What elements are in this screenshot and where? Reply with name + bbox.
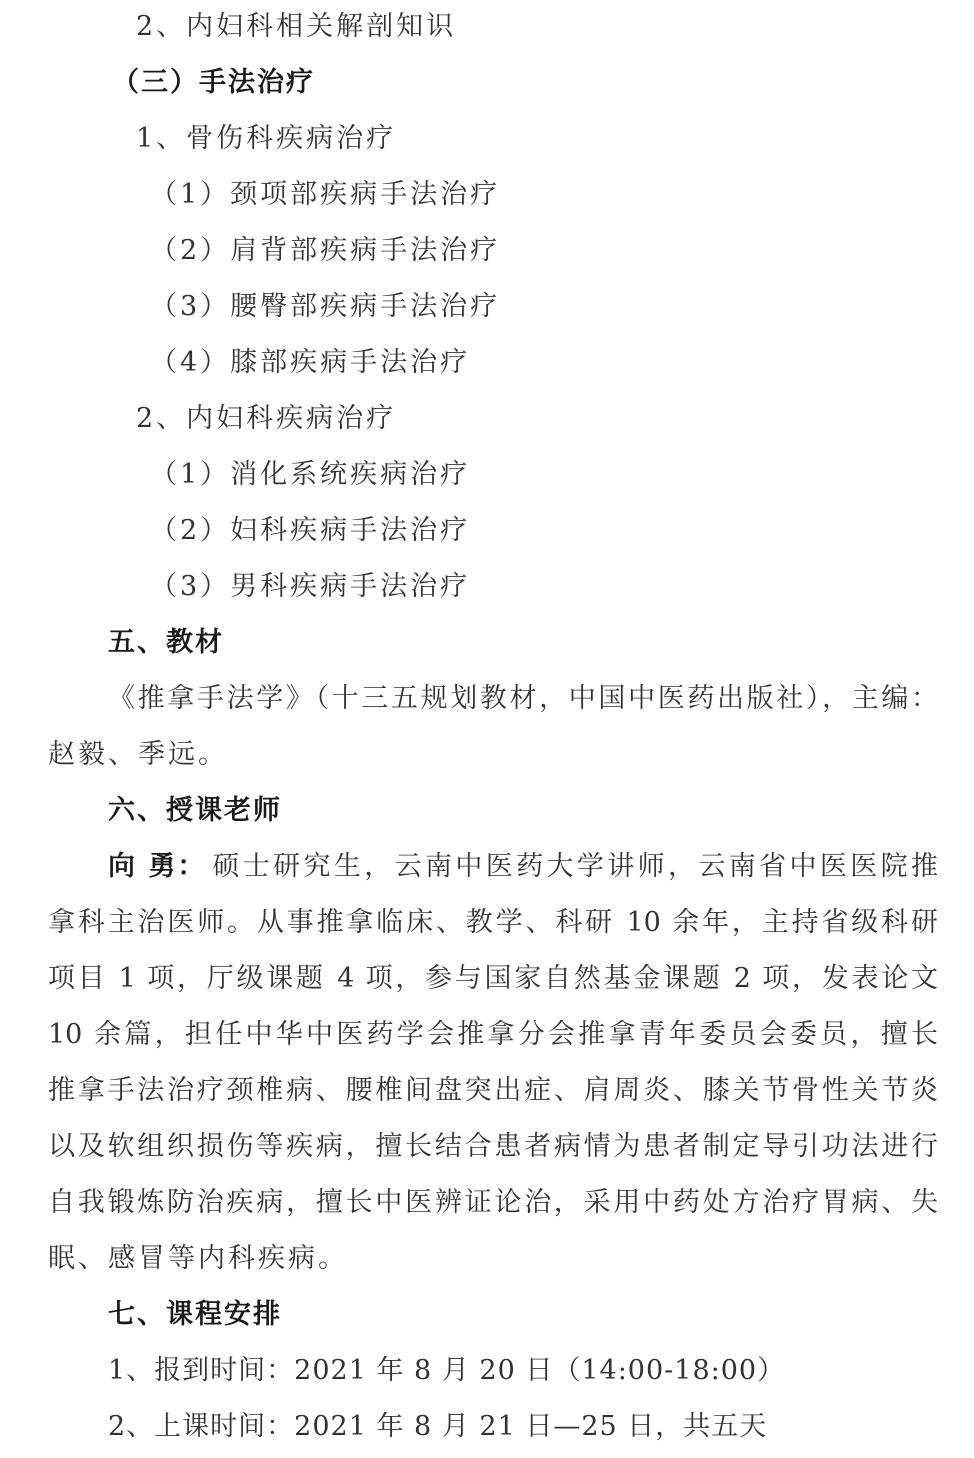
section-heading-schedule: 七、课程安排 <box>108 1298 282 1332</box>
list-item: （3）腰臀部疾病手法治疗 <box>150 290 500 324</box>
schedule-registration: 1、报到时间：2021 年 8 月 20 日（14:00-18:00） <box>108 1354 785 1388</box>
list-item: （2）妇科疾病手法治疗 <box>150 514 470 548</box>
teacher-bio-line: 10 余篇，担任中华中医药学会推拿分会推拿青年委员会委员，擅长 <box>48 1018 938 1052</box>
teacher-bio-line: 拿科主治医师。从事推拿临床、教学、科研 10 余年，主持省级科研 <box>48 906 938 940</box>
section-heading-textbook: 五、教材 <box>108 626 224 660</box>
subsection-title-orthopedic: 1、骨伤科疾病治疗 <box>136 122 396 156</box>
teacher-bio-first-line: 向 勇： 硕士研究生，云南中医药大学讲师，云南省中医医院推 <box>108 850 938 884</box>
list-item: （4）膝部疾病手法治疗 <box>150 346 470 380</box>
section-heading-teacher: 六、授课老师 <box>108 794 282 828</box>
teacher-bio-line: 项目 1 项，厅级课题 4 项，参与国家自然基金课题 2 项，发表论文 <box>48 962 938 996</box>
teacher-bio-line: 眠、感冒等内科疾病。 <box>48 1242 348 1276</box>
list-item: （1）消化系统疾病治疗 <box>150 458 470 492</box>
teacher-bio-line: 推拿手法治疗颈椎病、腰椎间盘突出症、肩周炎、膝关节骨性关节炎 <box>48 1074 938 1108</box>
teacher-bio-line: 以及软组织损伤等疾病，擅长结合患者病情为患者制定导引功法进行 <box>48 1130 938 1164</box>
section-heading-manual-therapy: （三）手法治疗 <box>112 66 315 100</box>
subsection-title-internal-gynecology: 2、内妇科疾病治疗 <box>136 402 396 436</box>
schedule-class-time: 2、上课时间：2021 年 8 月 21 日—25 日，共五天 <box>108 1410 767 1444</box>
teacher-name: 向 勇： <box>108 850 206 884</box>
list-item-anatomy: 2、内妇科相关解剖知识 <box>136 10 456 44</box>
textbook-editors: 赵毅、季远。 <box>48 738 228 772</box>
teacher-bio-line: 自我锻炼防治疾病，擅长中医辨证论治，采用中药处方治疗胃病、失 <box>48 1186 938 1220</box>
textbook-line: 《推拿手法学》（十三五规划教材，中国中医药出版社），主编： <box>108 682 938 716</box>
list-item: （2）肩背部疾病手法治疗 <box>150 234 500 268</box>
list-item: （3）男科疾病手法治疗 <box>150 570 470 604</box>
teacher-bio-text: 硕士研究生，云南中医药大学讲师，云南省中医医院推 <box>212 850 938 884</box>
list-item: （1）颈项部疾病手法治疗 <box>150 178 500 212</box>
